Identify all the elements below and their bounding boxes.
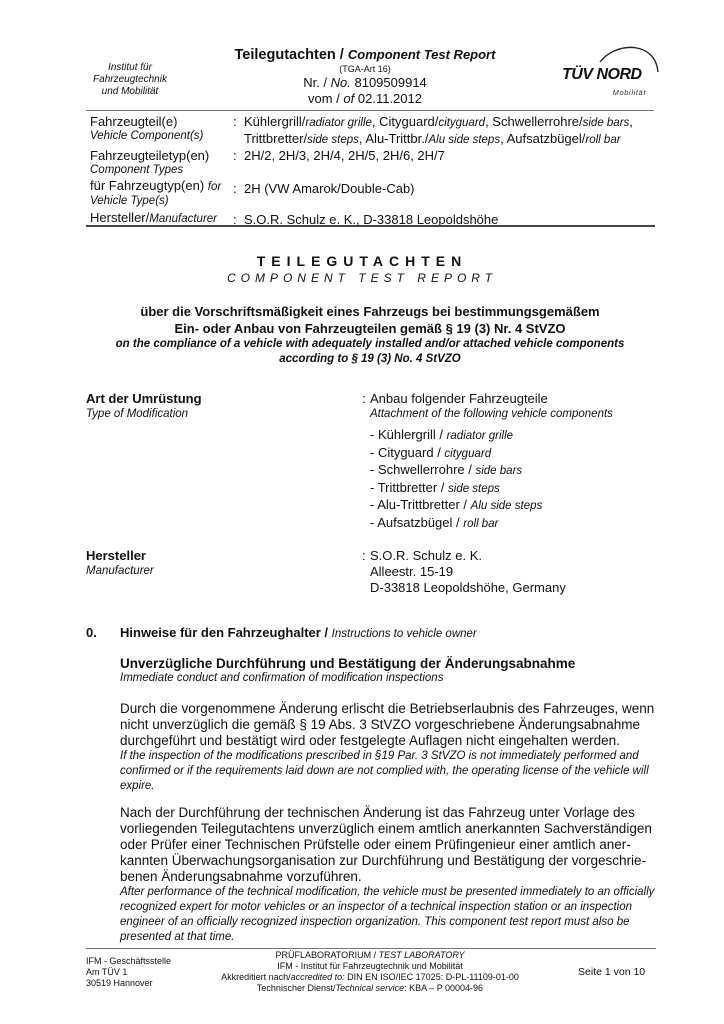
logo-text: TÜV NORD xyxy=(562,66,642,84)
types-label: Fahrzeugteiletyp(en) xyxy=(90,148,233,164)
section-heading: Hinweise für den Fahrzeughalter / Instru… xyxy=(120,625,477,640)
document-title: Teilegutachten / Component Test Report xyxy=(200,46,530,64)
report-number: Nr. / No. 8109509914 xyxy=(200,75,530,91)
info-divider xyxy=(86,225,655,227)
report-date: vom / of 02.11.2012 xyxy=(200,91,530,107)
main-title: TEILEGUTACHTEN xyxy=(0,253,724,269)
vehicle-label: für Fahrzeugtyp(en) for xyxy=(90,178,233,195)
component-list: - Kühlergrill / radiator grille- Citygua… xyxy=(370,427,613,532)
header-divider xyxy=(86,110,654,111)
components-label-en: Vehicle Component(s) xyxy=(90,130,233,143)
component-list-item: - Alu-Trittbretter / Alu side steps xyxy=(370,497,613,515)
institute-line: Fahrzeugtechnik xyxy=(70,74,190,86)
component-list-item: - Cityguard / cityguard xyxy=(370,445,613,463)
page-number: Seite 1 von 10 xyxy=(578,966,645,978)
manufacturer-address: S.O.R. Schulz e. K. Alleestr. 15-19 D-33… xyxy=(370,548,566,596)
tga-reference: (TGA-Art 16) xyxy=(200,64,530,75)
manufacturer-section-label: Hersteller Manufacturer xyxy=(86,548,154,578)
document-header: Teilegutachten / Component Test Report (… xyxy=(200,46,530,107)
institute-name: Institut für Fahrzeugtechnik und Mobilit… xyxy=(70,62,190,98)
main-title-en: COMPONENT TEST REPORT xyxy=(0,271,724,285)
component-list-item: - Aufsatzbügel / roll bar xyxy=(370,515,613,533)
institute-line: Institut für xyxy=(70,62,190,74)
paragraph-1: Durch die vorgenommene Änderung erlischt… xyxy=(120,701,660,794)
footer-divider xyxy=(86,948,656,949)
logo-subtitle: Mobilität xyxy=(613,88,646,97)
section-number: 0. xyxy=(86,625,97,640)
info-table: Fahrzeugteil(e) Vehicle Component(s) : K… xyxy=(90,114,660,228)
vehicle-label-en: Vehicle Type(s) xyxy=(90,195,233,208)
types-label-en: Component Types xyxy=(90,164,233,177)
components-value: Kühlergrill/radiator grille, Cityguard/c… xyxy=(244,114,660,148)
modification-label: Art der Umrüstung Type of Modification xyxy=(86,391,202,421)
info-row-types: Fahrzeugteiletyp(en) Component Types : 2… xyxy=(90,148,660,177)
info-row-vehicle: für Fahrzeugtyp(en) for Vehicle Type(s) … xyxy=(90,178,660,208)
modification-value: Anbau folgender Fahrzeugteile Attachment… xyxy=(370,391,613,532)
info-row-components: Fahrzeugteil(e) Vehicle Component(s) : K… xyxy=(90,114,660,148)
vehicle-value: 2H (VW Amarok/Double-Cab) xyxy=(244,178,660,208)
components-label: Fahrzeugteil(e) xyxy=(90,114,233,130)
types-value: 2H/2, 2H/3, 2H/4, 2H/5, 2H/6, 2H/7 xyxy=(244,148,660,177)
component-list-item: - Schwellerrohre / side bars xyxy=(370,462,613,480)
section-subheading-en: Immediate conduct and confirmation of mo… xyxy=(120,672,443,684)
component-list-item: - Trittbretter / side steps xyxy=(370,480,613,498)
component-list-item: - Kühlergrill / radiator grille xyxy=(370,427,613,445)
section-subheading: Unverzügliche Durchführung und Bestätigu… xyxy=(120,656,575,671)
footer-address: IFM - Geschäftsstelle Am TÜV 1 30519 Han… xyxy=(86,956,171,989)
tuv-nord-logo: TÜV NORD Mobilität xyxy=(560,40,660,102)
title-description: über die Vorschriftsmäßigkeit eines Fahr… xyxy=(80,303,660,367)
paragraph-2: Nach der Durchführung der technischen Än… xyxy=(120,805,660,945)
footer-lab-info: PRÜFLABORATORIUM / TEST LABORATORY IFM -… xyxy=(180,950,560,994)
institute-line: und Mobilität xyxy=(70,86,190,98)
